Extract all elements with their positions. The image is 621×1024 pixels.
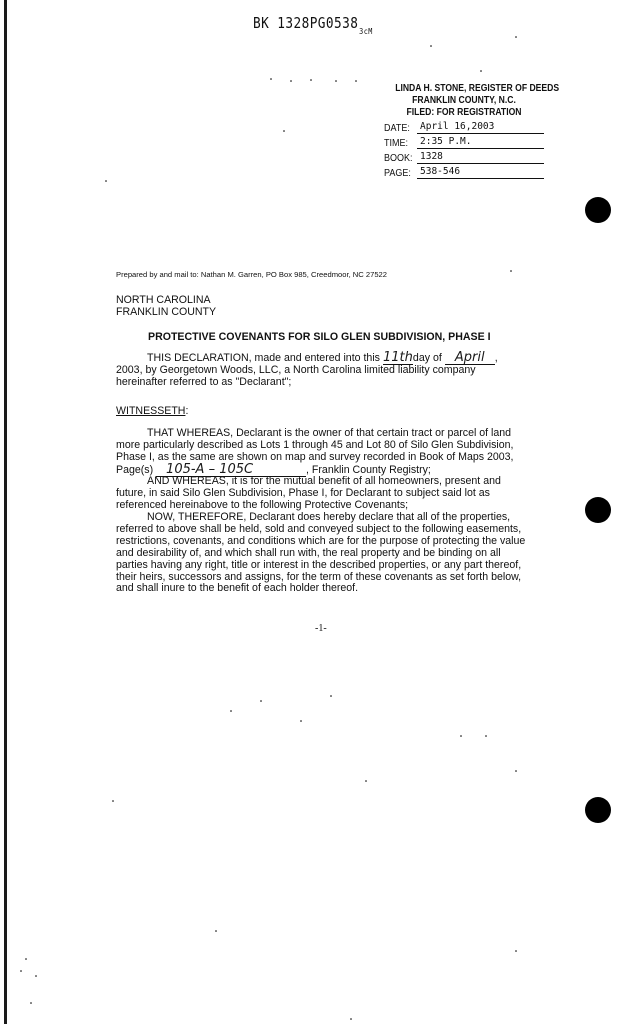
document-title: PROTECTIVE COVENANTS FOR SILO GLEN SUBDI… <box>148 331 491 343</box>
scan-speck <box>300 720 302 722</box>
scan-speck <box>105 180 107 182</box>
scan-speck <box>20 970 22 972</box>
now-therefore-paragraph: NOW, THEREFORE, Declarant does hereby de… <box>116 512 536 595</box>
stamp-page-label: PAGE: <box>384 168 414 179</box>
scan-speck <box>270 78 272 80</box>
scan-speck <box>350 1018 352 1020</box>
scan-speck <box>35 975 37 977</box>
scan-speck <box>330 695 332 697</box>
register-of-deeds-stamp: LINDA H. STONE, REGISTER OF DEEDS FRANKL… <box>384 83 544 179</box>
scan-speck <box>335 80 337 82</box>
scan-speck <box>112 800 114 802</box>
now-therefore-line-5: parties having any right, title or inter… <box>116 560 536 572</box>
stamp-date-value: April 16,2003 <box>417 121 544 134</box>
declaration-line-3: hereinafter referred to as "Declarant"; <box>116 377 536 389</box>
scan-speck <box>310 79 312 81</box>
witnesseth-heading: WITNESSETH: <box>116 405 188 417</box>
whereas-paragraph-2: AND WHEREAS, it is for the mutual benefi… <box>116 476 536 512</box>
scan-speck <box>515 36 517 38</box>
scan-speck <box>430 45 432 47</box>
stamp-time-field: TIME: 2:35 P.M. <box>384 134 544 149</box>
punch-hole-top <box>585 197 611 223</box>
scan-speck <box>515 770 517 772</box>
stamp-book-field: BOOK: 1328 <box>384 149 544 164</box>
scan-speck <box>460 735 462 737</box>
declaration-text-3: , <box>495 352 498 364</box>
scan-speck <box>510 270 512 272</box>
register-county: FRANKLIN COUNTY, N.C. <box>395 95 533 107</box>
book-page-mark: BK 1328PG0538 <box>253 14 358 32</box>
scan-speck <box>25 958 27 960</box>
scan-speck <box>215 930 217 932</box>
scan-speck <box>485 735 487 737</box>
scan-speck <box>283 130 285 132</box>
county-name: FRANKLIN COUNTY <box>116 306 216 318</box>
scan-speck <box>355 80 357 82</box>
jurisdiction-block: NORTH CAROLINA FRANKLIN COUNTY <box>116 294 216 318</box>
whereas2-line-3: referenced hereinabove to the following … <box>116 500 536 512</box>
witnesseth-text: WITNESSETH <box>116 405 185 417</box>
pages-prefix: Page(s) <box>116 464 156 476</box>
pages-suffix: , Franklin County Registry; <box>306 464 431 476</box>
stamp-book-value: 1328 <box>417 151 544 164</box>
page-number: -1- <box>315 623 327 634</box>
punch-hole-middle <box>585 497 611 523</box>
now-therefore-line-7: and shall inure to the benefit of each h… <box>116 583 536 595</box>
scan-speck <box>480 70 482 72</box>
register-filed: FILED: FOR REGISTRATION <box>395 107 533 119</box>
stamp-page-field: PAGE: 538-546 <box>384 164 544 179</box>
stamp-time-label: TIME: <box>384 138 414 149</box>
scan-speck <box>260 700 262 702</box>
now-therefore-line-3: restrictions, covenants, and conditions … <box>116 536 536 548</box>
witnesseth-colon: : <box>185 405 188 417</box>
scan-speck <box>30 1002 32 1004</box>
stamp-date-label: DATE: <box>384 123 414 134</box>
scan-speck <box>515 950 517 952</box>
stamp-book-label: BOOK: <box>384 153 414 164</box>
stamp-page-value: 538-546 <box>417 166 544 179</box>
punch-hole-bottom <box>585 797 611 823</box>
state-name: NORTH CAROLINA <box>116 294 216 306</box>
scan-border <box>4 0 7 1024</box>
stamp-annotation: 3cM <box>359 27 373 36</box>
register-name: LINDA H. STONE, REGISTER OF DEEDS <box>395 83 533 95</box>
book-page-stamp: BK 1328PG05383cM <box>253 14 373 32</box>
whereas-paragraph-1: THAT WHEREAS, Declarant is the owner of … <box>116 428 536 477</box>
now-therefore-line-4: and desirability of, and which shall run… <box>116 548 536 560</box>
declaration-text-2: day of <box>413 352 445 364</box>
scan-speck <box>230 710 232 712</box>
declaration-text-1: THIS DECLARATION, made and entered into … <box>147 352 383 364</box>
prepared-by-line: Prepared by and mail to: Nathan M. Garre… <box>116 270 387 279</box>
scan-speck <box>290 80 292 82</box>
stamp-time-value: 2:35 P.M. <box>417 136 544 149</box>
scan-speck <box>365 780 367 782</box>
declaration-paragraph: THIS DECLARATION, made and entered into … <box>116 352 536 389</box>
stamp-date-field: DATE: April 16,2003 <box>384 119 544 134</box>
